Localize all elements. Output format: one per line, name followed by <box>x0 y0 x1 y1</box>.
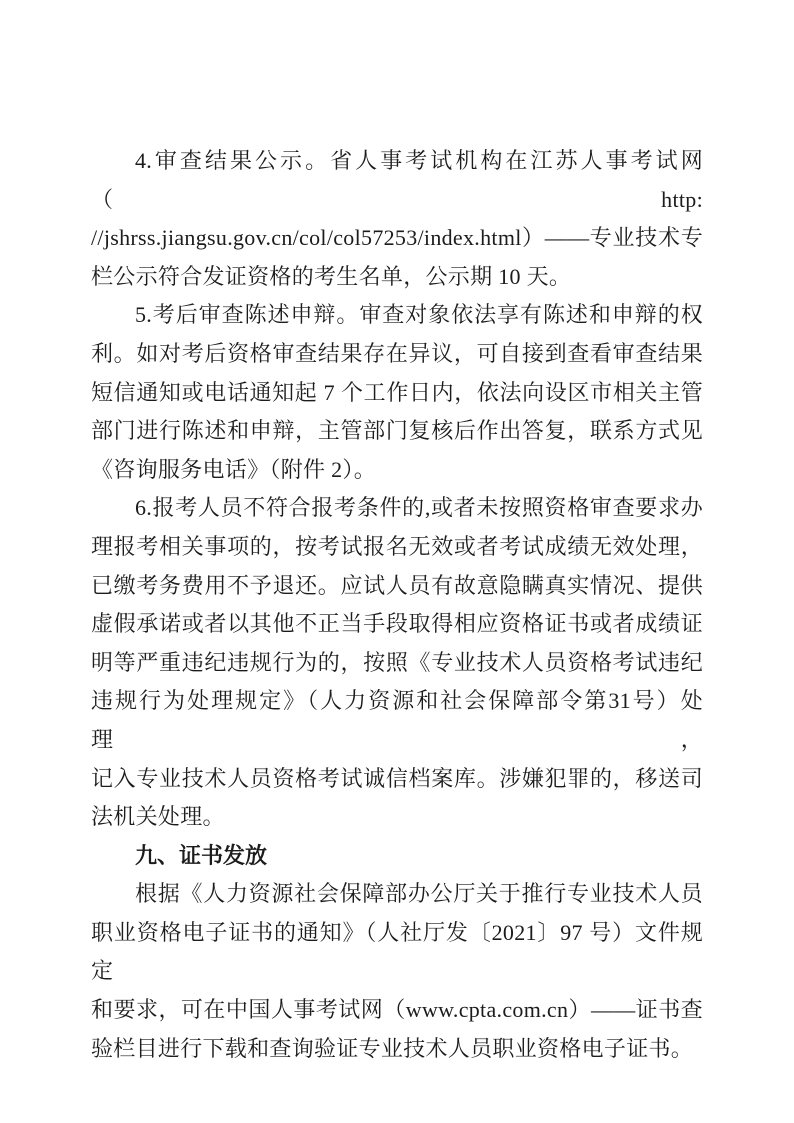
text-line: 部门进行陈述和申辩，主管部门复核后作出答复，联系方式见 <box>91 412 703 451</box>
text-line: 短信通知或电话通知起 7 个工作日内，依法向设区市相关主管 <box>91 374 703 413</box>
text-line: 法机关处理。 <box>91 798 703 837</box>
text-line: 理报考相关事项的，按考试报名无效或者考试成绩无效处理， <box>91 528 703 567</box>
paragraph-review-result: 4.审查结果公示。省人事考试机构在江苏人事考试网（http: //jshrss.… <box>91 142 703 296</box>
text-line: 记入专业技术人员资格考试诚信档案库。涉嫌犯罪的，移送司 <box>91 760 703 799</box>
text-line: 6.报考人员不符合报考条件的,或者未按照资格审查要求办 <box>91 489 703 528</box>
text-line: 职业资格电子证书的通知》（人社厅发〔2021〕97 号）文件规定 <box>91 914 703 991</box>
text-line: 明等严重违纪违规行为的，按照《专业技术人员资格考试违纪 <box>91 644 703 683</box>
text-line-url: //jshrss.jiangsu.gov.cn/col/col57253/ind… <box>91 219 703 258</box>
paragraph-certificate-download: 根据《人力资源社会保障部办公厅关于推行专业技术人员 职业资格电子证书的通知》（人… <box>91 875 703 1068</box>
text-line: 验栏目进行下载和查询验证专业技术人员职业资格电子证书。 <box>91 1030 703 1069</box>
document-page: 4.审查结果公示。省人事考试机构在江苏人事考试网（http: //jshrss.… <box>0 0 794 1123</box>
text-line: 利。如对考后资格审查结果存在异议，可自接到查看审查结果 <box>91 335 703 374</box>
text-line: 栏公示符合发证资格的考生名单，公示期 10 天。 <box>91 258 703 297</box>
document-body: 4.审查结果公示。省人事考试机构在江苏人事考试网（http: //jshrss.… <box>91 142 703 1068</box>
text-line-url: 和要求，可在中国人事考试网（www.cpta.com.cn）——证书查 <box>91 991 703 1030</box>
text-line: 5.考后审查陈述申辩。审查对象依法享有陈述和申辩的权 <box>91 296 703 335</box>
text-line: 违规行为处理规定》（人力资源和社会保障部令第31号）处理， <box>91 682 703 759</box>
paragraph-statement-defense: 5.考后审查陈述申辩。审查对象依法享有陈述和申辩的权 利。如对考后资格审查结果存… <box>91 296 703 489</box>
paragraph-violation-handling: 6.报考人员不符合报考条件的,或者未按照资格审查要求办 理报考相关事项的，按考试… <box>91 489 703 836</box>
section-heading-certificate-issuance: 九、证书发放 <box>91 837 703 876</box>
text-line: 虚假承诺或者以其他不正当手段取得相应资格证书或者成绩证 <box>91 605 703 644</box>
text-line: 《咨询服务电话》（附件 2）。 <box>91 451 703 490</box>
text-line: 已缴考务费用不予退还。应试人员有故意隐瞒真实情况、提供 <box>91 567 703 606</box>
text-line: 4.审查结果公示。省人事考试机构在江苏人事考试网（http: <box>91 142 703 219</box>
text-line: 根据《人力资源社会保障部办公厅关于推行专业技术人员 <box>91 875 703 914</box>
